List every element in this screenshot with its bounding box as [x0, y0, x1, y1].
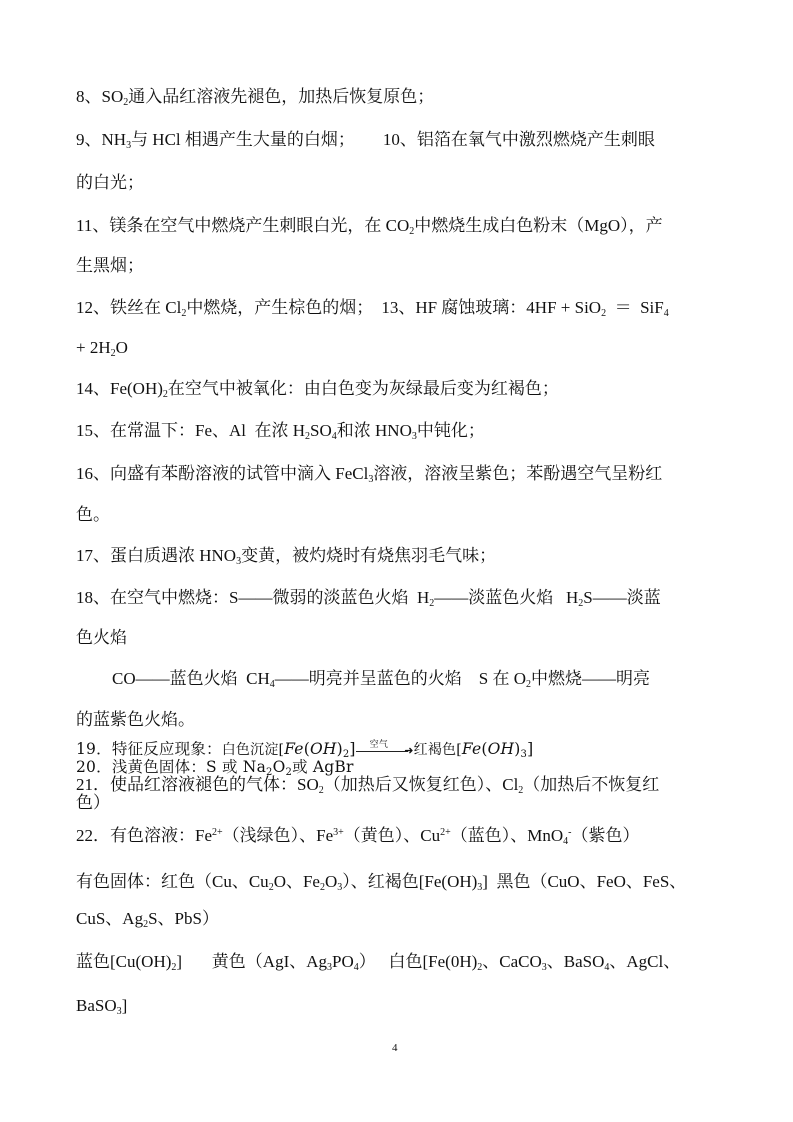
- text: S——淡蓝: [583, 588, 660, 607]
- item-12-13: 12、铁丝在 Cl2中燃烧，产生棕色的烟；13、HF 腐蚀玻璃：4HF + Si…: [76, 298, 721, 318]
- text: O、Fe: [274, 872, 320, 891]
- text: （黄色）、Cu: [344, 826, 440, 845]
- text: 色火焰: [76, 628, 127, 647]
- item-13-cont: + 2H2O: [76, 338, 721, 358]
- item-16: 16、向盛有苯酚溶液的试管中滴入 FeCl3溶液，溶液呈紫色；苯酚遇空气呈粉红: [76, 464, 721, 484]
- text: ） 白色[Fe(0H): [359, 952, 478, 971]
- text: Fe(OH): [110, 379, 163, 398]
- item-number: 18、: [76, 588, 110, 607]
- text: 的蓝紫色火焰。: [76, 710, 195, 729]
- item-number: 10、: [383, 130, 417, 149]
- item-10-cont: 的白光；: [76, 173, 721, 193]
- reaction-arrow-icon: 空气➜: [356, 743, 414, 757]
- page-number: 4: [392, 1042, 398, 1054]
- text: 镁条在空气中燃烧产生刺眼白光，在 CO: [109, 216, 409, 235]
- item-number: 16、: [76, 464, 110, 483]
- superscript: 3+: [333, 827, 344, 838]
- text: 蛋白质遇浓 HNO: [110, 546, 236, 565]
- text: （加热后又恢复红色）、Cl: [324, 775, 519, 794]
- item-number: 22．: [76, 826, 110, 845]
- text: 铁丝在 Cl: [110, 298, 181, 317]
- text: SO: [310, 421, 332, 440]
- item-21-cont: 色）: [76, 794, 721, 812]
- item-14: 14、Fe(OH)2在空气中被氧化：由白色变为灰绿最后变为红褐色；: [76, 379, 721, 399]
- text: 色）: [76, 793, 110, 812]
- subscript: 4: [664, 308, 669, 319]
- text: ] 黄色（AgI、Ag: [176, 952, 327, 971]
- text: 向盛有苯酚溶液的试管中滴入 FeCl: [110, 464, 368, 483]
- item-number: 21．: [76, 775, 110, 794]
- text: S、PbS）: [148, 909, 219, 928]
- text: 特征反应现象：: [112, 740, 222, 758]
- formula: OH: [488, 740, 515, 758]
- text: （浅绿色）、Fe: [223, 826, 334, 845]
- formula: OH: [310, 740, 337, 758]
- text: 有色固体：红色（Cu、Cu: [76, 872, 269, 891]
- text: BaSO: [76, 996, 117, 1015]
- document-page: 8、SO2通入品红溶液先褪色，加热后恢复原色； 9、NH3与 HCl 相遇产生大…: [0, 0, 793, 1122]
- text: 、CaCO: [482, 952, 542, 971]
- text: 在空气中燃烧：S——微弱的淡蓝色火焰 H: [110, 588, 429, 607]
- text: （紫色）: [572, 826, 640, 845]
- text: ——明亮并呈蓝色的火焰 S 在 O: [275, 669, 526, 688]
- text: （蓝色）、MnO: [451, 826, 563, 845]
- text: PO: [332, 952, 354, 971]
- solids-line-3: 蓝色[Cu(OH)2] 黄色（AgI、Ag3PO4） 白色[Fe(0H)2、Ca…: [76, 952, 721, 972]
- text: 生黑烟；: [76, 256, 144, 275]
- item-18: 18、在空气中燃烧：S——微弱的淡蓝色火焰 H2——淡蓝色火焰 H2S——淡蓝: [76, 588, 721, 608]
- item-18-cont: 色火焰: [76, 628, 721, 648]
- text: HF 腐蚀玻璃：4HF + SiO: [415, 298, 601, 317]
- text: 浅黄色固体：S 或 Na: [112, 758, 266, 776]
- superscript: 2+: [440, 827, 451, 838]
- item-number: 12、: [76, 298, 110, 317]
- text: 、BaSO: [547, 952, 605, 971]
- text: 和浓 HNO: [337, 421, 412, 440]
- text: O: [273, 758, 286, 776]
- item-number: 14、: [76, 379, 110, 398]
- text: 白色沉淀[: [222, 742, 284, 758]
- text: 红褐色[: [414, 742, 462, 758]
- item-number: 15、: [76, 421, 110, 440]
- item-11: 11、镁条在空气中燃烧产生刺眼白光，在 CO2中燃烧生成白色粉末（MgO），产: [76, 216, 721, 236]
- text: 中钝化；: [417, 421, 485, 440]
- item-17: 17、蛋白质遇浓 HNO3变黄，被灼烧时有烧焦羽毛气味；: [76, 546, 721, 566]
- text: O: [116, 338, 128, 357]
- item-19: 19．特征反应现象：白色沉淀[Fe(OH)2]空气➜红褐色[Fe(OH)3]: [76, 740, 721, 759]
- item-20: 20．浅黄色固体：S 或 Na2O2或 AgBr: [76, 758, 721, 776]
- solids-line-2: CuS、Ag2S、PbS）: [76, 909, 721, 929]
- text: O: [325, 872, 337, 891]
- text: 的白光；: [76, 173, 144, 192]
- item-9-10: 9、NH3与 HCl 相遇产生大量的白烟；10、铝箔在氧气中激烈燃烧产生刺眼: [76, 130, 721, 150]
- solids-line-4: BaSO3]: [76, 996, 721, 1016]
- item-22: 22．有色溶液：Fe2+（浅绿色）、Fe3+（黄色）、Cu2+（蓝色）、MnO4…: [76, 826, 721, 846]
- item-21: 21．使品红溶液褪色的气体：SO2（加热后又恢复红色）、Cl2（加热后不恢复红: [76, 776, 721, 794]
- item-18-line3: 的蓝紫色火焰。: [76, 710, 721, 730]
- text: ]: [122, 996, 128, 1015]
- item-15: 15、在常温下：Fe、Al 在浓 H2SO4和浓 HNO3中钝化；: [76, 421, 721, 441]
- text: ——淡蓝色火焰 H: [434, 588, 578, 607]
- item-18-line2: CO——蓝色火焰 CH4——明亮并呈蓝色的火焰 S 在 O2中燃烧——明亮: [112, 669, 757, 689]
- text: CuS、Ag: [76, 909, 143, 928]
- item-number: 20．: [76, 758, 112, 776]
- text: 、AgCl、: [609, 952, 680, 971]
- item-number: 8、: [76, 87, 102, 106]
- formula: ]: [527, 740, 533, 758]
- item-number: 19．: [76, 740, 112, 758]
- text: ＝ SiF: [606, 298, 664, 317]
- text: （加热后不恢复红: [523, 775, 659, 794]
- text: + 2H: [76, 338, 111, 357]
- text: 溶液，溶液呈紫色；苯酚遇空气呈粉红: [373, 464, 662, 483]
- formula: Fe: [462, 740, 481, 758]
- text: CO——蓝色火焰 CH: [112, 669, 270, 688]
- text: ）、红褐色[Fe(OH): [342, 872, 477, 891]
- text: NH: [102, 130, 127, 149]
- item-number: 9、: [76, 130, 102, 149]
- text: 与 HCl 相遇产生大量的白烟；: [131, 130, 355, 149]
- text: 中燃烧生成白色粉末（MgO），产: [414, 216, 662, 235]
- solids-line-1: 有色固体：红色（Cu、Cu2O、Fe2O3）、红褐色[Fe(OH)3] 黑色（C…: [76, 872, 721, 892]
- text: 蓝色[Cu(OH): [76, 952, 171, 971]
- item-8: 8、SO2通入品红溶液先褪色，加热后恢复原色；: [76, 87, 721, 107]
- text: SO: [102, 87, 124, 106]
- text: 在空气中被氧化：由白色变为灰绿最后变为红褐色；: [168, 379, 559, 398]
- text: 中燃烧——明亮: [531, 669, 650, 688]
- text: 通入品红溶液先褪色，加热后恢复原色；: [128, 87, 434, 106]
- text: 色。: [76, 505, 110, 524]
- item-number: 17、: [76, 546, 110, 565]
- item-number: 13、: [381, 298, 415, 317]
- formula: Fe: [284, 740, 303, 758]
- text: 或 AgBr: [292, 758, 354, 776]
- text: 在常温下：Fe、Al 在浓 H: [110, 421, 305, 440]
- item-16-cont: 色。: [76, 505, 721, 525]
- text: 中燃烧，产生棕色的烟；: [186, 298, 373, 317]
- superscript: 2+: [212, 827, 223, 838]
- item-number: 11、: [76, 216, 109, 235]
- text: 变黄，被灼烧时有烧焦羽毛气味；: [241, 546, 496, 565]
- text: ] 黑色（CuO、FeO、FeS、: [482, 872, 686, 891]
- text: 铝箔在氧气中激烈燃烧产生刺眼: [417, 130, 655, 149]
- item-11-cont: 生黑烟；: [76, 256, 721, 276]
- text: 使品红溶液褪色的气体：SO: [110, 775, 319, 794]
- text: 有色溶液：Fe: [110, 826, 212, 845]
